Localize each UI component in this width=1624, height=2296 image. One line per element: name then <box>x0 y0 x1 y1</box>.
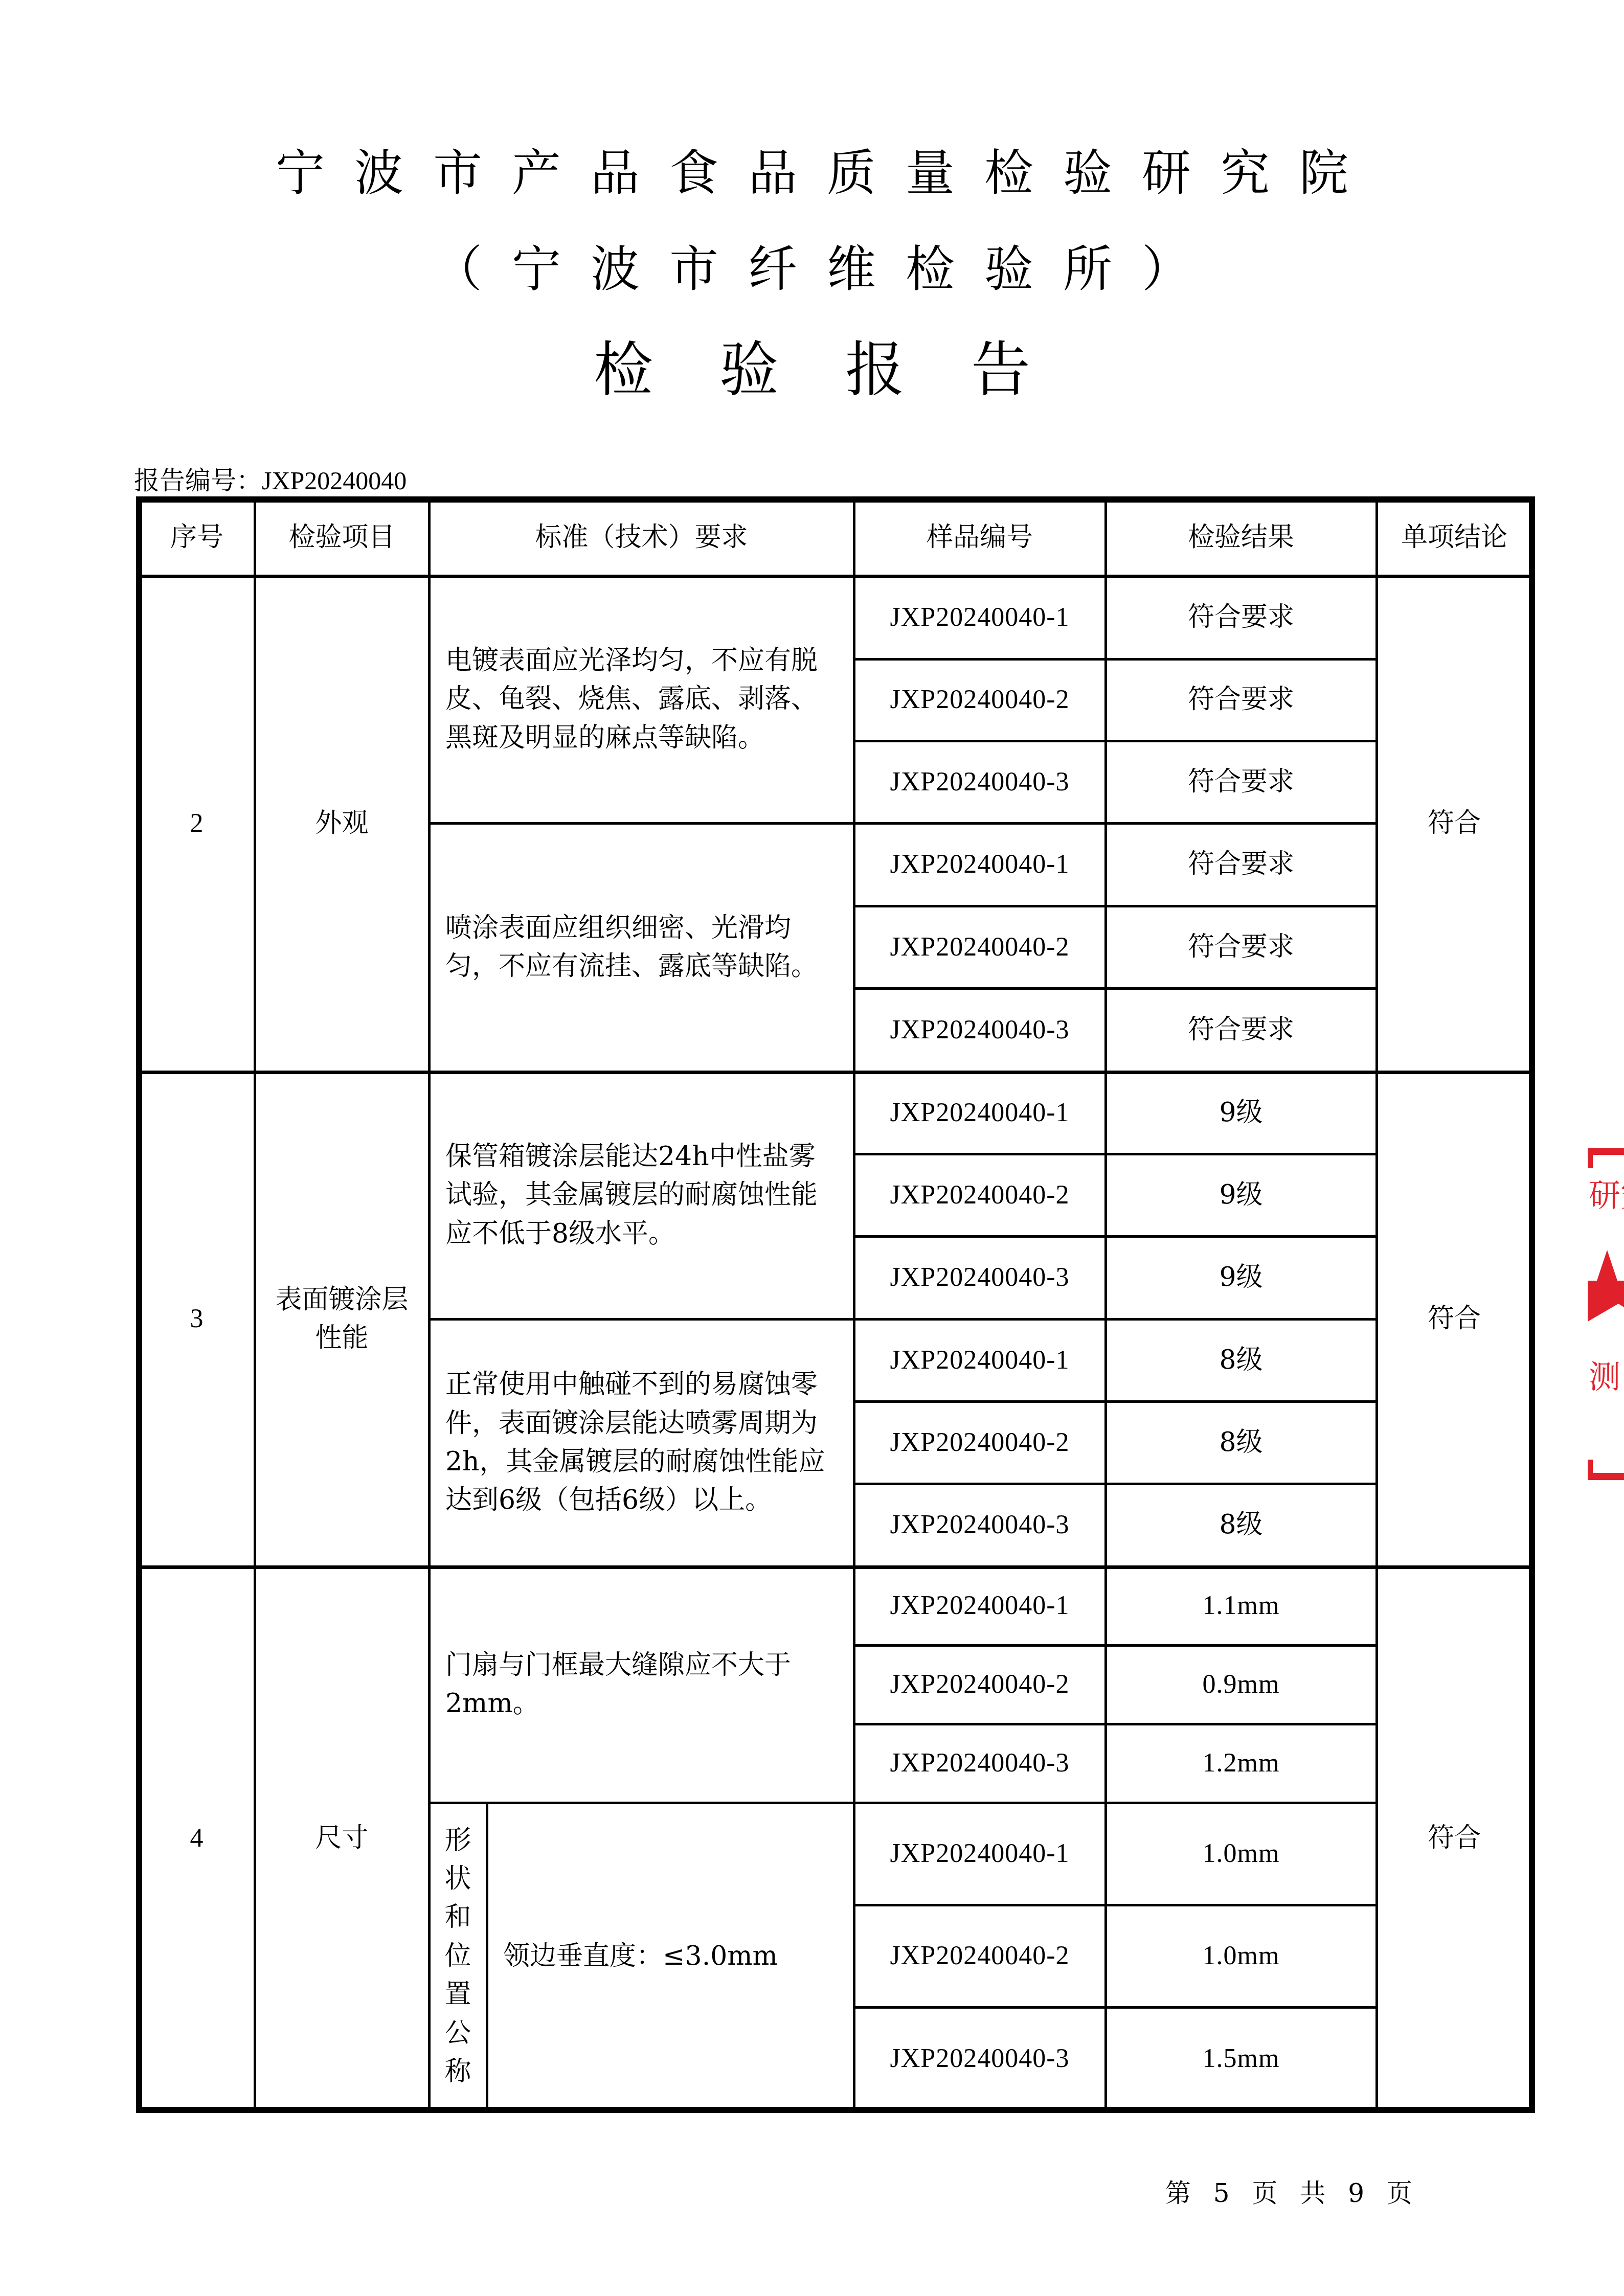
row-2-requirement-1: 电镀表面应光泽均匀，不应有脱皮、龟裂、烧焦、露底、剥落、黑斑及明显的麻点等缺陷。 <box>429 576 854 823</box>
sample-separator <box>854 987 1377 990</box>
row-4-requirement-2: 领边垂直度：≤3.0mm <box>487 1803 854 2110</box>
row-2-g2-sample-3: JXP20240040-3 <box>854 988 1106 1072</box>
col-divider <box>254 499 256 2110</box>
row-3-requirement-1: 保管箱镀涂层能达24h中性盐雾试验，其金属镀层的耐腐蚀性能应不低于8级水平。 <box>429 1072 854 1319</box>
row-4-sublabel: 形 状 和 位 置 公 称 <box>429 1803 487 2110</box>
report-number: 报告编号：JXP20240040 <box>134 460 407 497</box>
row-4-g2-sample-2: JXP20240040-2 <box>854 1905 1106 2007</box>
row-3-g2-result-2: 8级 <box>1106 1401 1377 1484</box>
row-3-g2-sample-2: JXP20240040-2 <box>854 1401 1106 1484</box>
row-2-g1-result-3: 符合要求 <box>1106 741 1377 823</box>
col-divider <box>486 1803 488 2110</box>
sample-separator <box>854 658 1377 661</box>
row-4-conclusion: 符合 <box>1377 1566 1532 2110</box>
row-2-seq: 2 <box>139 576 255 1072</box>
sample-separator <box>854 1723 1377 1725</box>
sublabel-char: 置 <box>444 1975 471 2014</box>
row-2-g1-sample-2: JXP20240040-2 <box>854 659 1106 741</box>
row-3-g1-result-2: 9级 <box>1106 1154 1377 1236</box>
row-4-item: 尺寸 <box>255 1566 429 2110</box>
sample-separator <box>854 1400 1377 1403</box>
header-separator <box>139 575 1532 578</box>
sample-separator <box>854 905 1377 907</box>
organization-name: 宁波市产品食品质量检验研究院 <box>0 134 1624 204</box>
row-2-item: 外观 <box>255 576 429 1072</box>
seal-icon: 研究 测 <box>1588 1148 1624 1480</box>
col-header-conclusion: 单项结论 <box>1377 499 1532 576</box>
row-3-g2-result-3: 8级 <box>1106 1484 1377 1566</box>
row-2-g2-sample-1: JXP20240040-1 <box>854 823 1106 906</box>
row-4-seq: 4 <box>139 1566 255 2110</box>
sample-separator <box>854 1483 1377 1485</box>
group-separator <box>429 1318 1377 1321</box>
row-4-g1-result-2: 0.9mm <box>1106 1645 1377 1724</box>
row-2-g2-result-3: 符合要求 <box>1106 988 1377 1072</box>
row-2-conclusion: 符合 <box>1377 576 1532 1072</box>
col-header-result: 检验结果 <box>1106 499 1377 576</box>
row-separator <box>139 1071 1532 1074</box>
row-2-requirement-2: 喷涂表面应组织细密、光滑均匀，不应有流挂、露底等缺陷。 <box>429 823 854 1072</box>
row-3-seq: 3 <box>139 1072 255 1566</box>
row-3-g2-sample-1: JXP20240040-1 <box>854 1319 1106 1401</box>
row-4-g1-sample-1: JXP20240040-1 <box>854 1566 1106 1645</box>
sublabel-char: 形 <box>444 1822 471 1860</box>
row-4-g1-result-1: 1.1mm <box>1106 1566 1377 1645</box>
row-4-g2-result-1: 1.0mm <box>1106 1803 1377 1905</box>
row-2-g1-sample-3: JXP20240040-3 <box>854 741 1106 823</box>
table-border-right <box>1529 496 1535 2113</box>
organization-subtitle: （宁波市纤维检验所） <box>0 230 1624 300</box>
row-4-g1-sample-2: JXP20240040-2 <box>854 1645 1106 1724</box>
sublabel-char: 称 <box>444 2053 471 2091</box>
row-2-g1-result-1: 符合要求 <box>1106 576 1377 659</box>
table-border-bottom <box>136 2107 1535 2113</box>
col-header-sample-id: 样品编号 <box>854 499 1106 576</box>
row-3-g1-sample-3: JXP20240040-3 <box>854 1236 1106 1319</box>
row-3-g2-result-1: 8级 <box>1106 1319 1377 1401</box>
row-2-g2-result-1: 符合要求 <box>1106 823 1377 906</box>
row-4-g1-result-3: 1.2mm <box>1106 1724 1377 1803</box>
row-3-g1-sample-1: JXP20240040-1 <box>854 1072 1106 1154</box>
page-number: 第 5 页 共 9 页 <box>1165 2173 1419 2210</box>
col-header-requirement: 标准（技术）要求 <box>429 499 854 576</box>
document-title: 检验报告 <box>0 322 1624 407</box>
sample-separator <box>854 1644 1377 1647</box>
row-4-g2-sample-1: JXP20240040-1 <box>854 1803 1106 1905</box>
report-number-label: 报告编号： <box>134 466 262 495</box>
sample-separator <box>854 1904 1377 1906</box>
row-3-item: 表面镀涂层性能 <box>255 1072 429 1566</box>
row-2-g1-result-2: 符合要求 <box>1106 659 1377 741</box>
row-3-g1-result-3: 9级 <box>1106 1236 1377 1319</box>
sublabel-char: 公 <box>444 2014 471 2053</box>
official-seal-stamp: 研究 测 <box>1588 1148 1624 1480</box>
row-4-g2-result-2: 1.0mm <box>1106 1905 1377 2007</box>
table-border-top <box>136 496 1535 503</box>
sublabel-char: 和 <box>444 1898 471 1937</box>
sample-separator <box>854 1235 1377 1238</box>
row-2-g1-sample-1: JXP20240040-1 <box>854 576 1106 659</box>
col-header-seq: 序号 <box>139 499 255 576</box>
report-number-value: JXP20240040 <box>262 466 407 495</box>
col-divider <box>428 499 431 2110</box>
group-separator <box>429 1802 1377 1804</box>
svg-text:研究: 研究 <box>1589 1177 1624 1214</box>
row-2-g2-result-2: 符合要求 <box>1106 906 1377 988</box>
row-3-g1-sample-2: JXP20240040-2 <box>854 1154 1106 1236</box>
group-separator <box>429 822 1377 825</box>
row-4-g2-result-3: 1.5mm <box>1106 2007 1377 2110</box>
row-4-g1-sample-3: JXP20240040-3 <box>854 1724 1106 1803</box>
row-3-g1-result-1: 9级 <box>1106 1072 1377 1154</box>
row-separator <box>139 1565 1532 1569</box>
sample-separator <box>854 740 1377 742</box>
row-3-requirement-2: 正常使用中触碰不到的易腐蚀零件，表面镀涂层能达喷雾周期为2h，其金属镀层的耐腐蚀… <box>429 1319 854 1566</box>
sublabel-char: 位 <box>444 1937 471 1975</box>
svg-text:测: 测 <box>1589 1358 1620 1396</box>
row-3-conclusion: 符合 <box>1377 1072 1532 1566</box>
row-4-g2-sample-3: JXP20240040-3 <box>854 2007 1106 2110</box>
row-3-g2-sample-3: JXP20240040-3 <box>854 1484 1106 1566</box>
sample-separator <box>854 2006 1377 2009</box>
sample-separator <box>854 1153 1377 1155</box>
row-2-g2-sample-2: JXP20240040-2 <box>854 906 1106 988</box>
table-border-left <box>136 496 142 2113</box>
row-4-requirement-1: 门扇与门框最大缝隙应不大于2mm。 <box>429 1566 854 1803</box>
col-header-item: 检验项目 <box>255 499 429 576</box>
sublabel-char: 状 <box>444 1860 471 1898</box>
